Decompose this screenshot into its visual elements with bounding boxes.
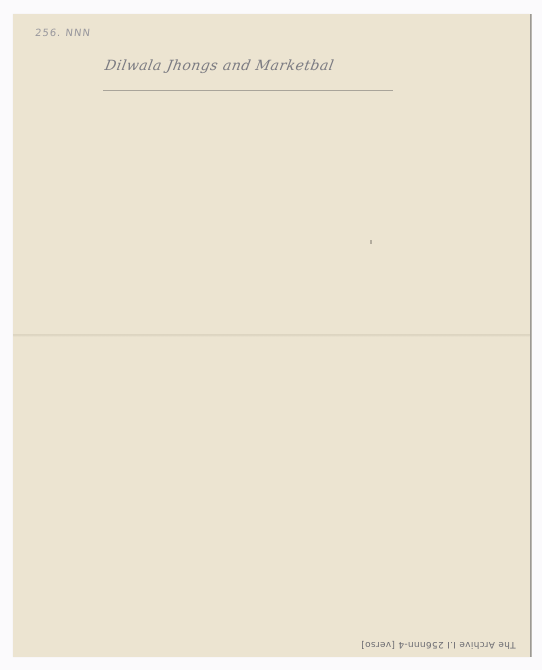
- paper-sheet: 256. NNN Dilwala Jhongs and Marketbal Th…: [13, 14, 530, 657]
- ink-mark: [370, 240, 372, 244]
- fold-line: [13, 334, 530, 337]
- title-underline: [103, 90, 393, 91]
- catalog-number: 256. NNN: [34, 28, 91, 39]
- archive-reference-inverted: The Archive I.I 256nnn-4 [verso]: [361, 639, 516, 649]
- handwritten-title: Dilwala Jhongs and Marketbal: [104, 58, 336, 74]
- paper-edge-shadow: [530, 14, 532, 657]
